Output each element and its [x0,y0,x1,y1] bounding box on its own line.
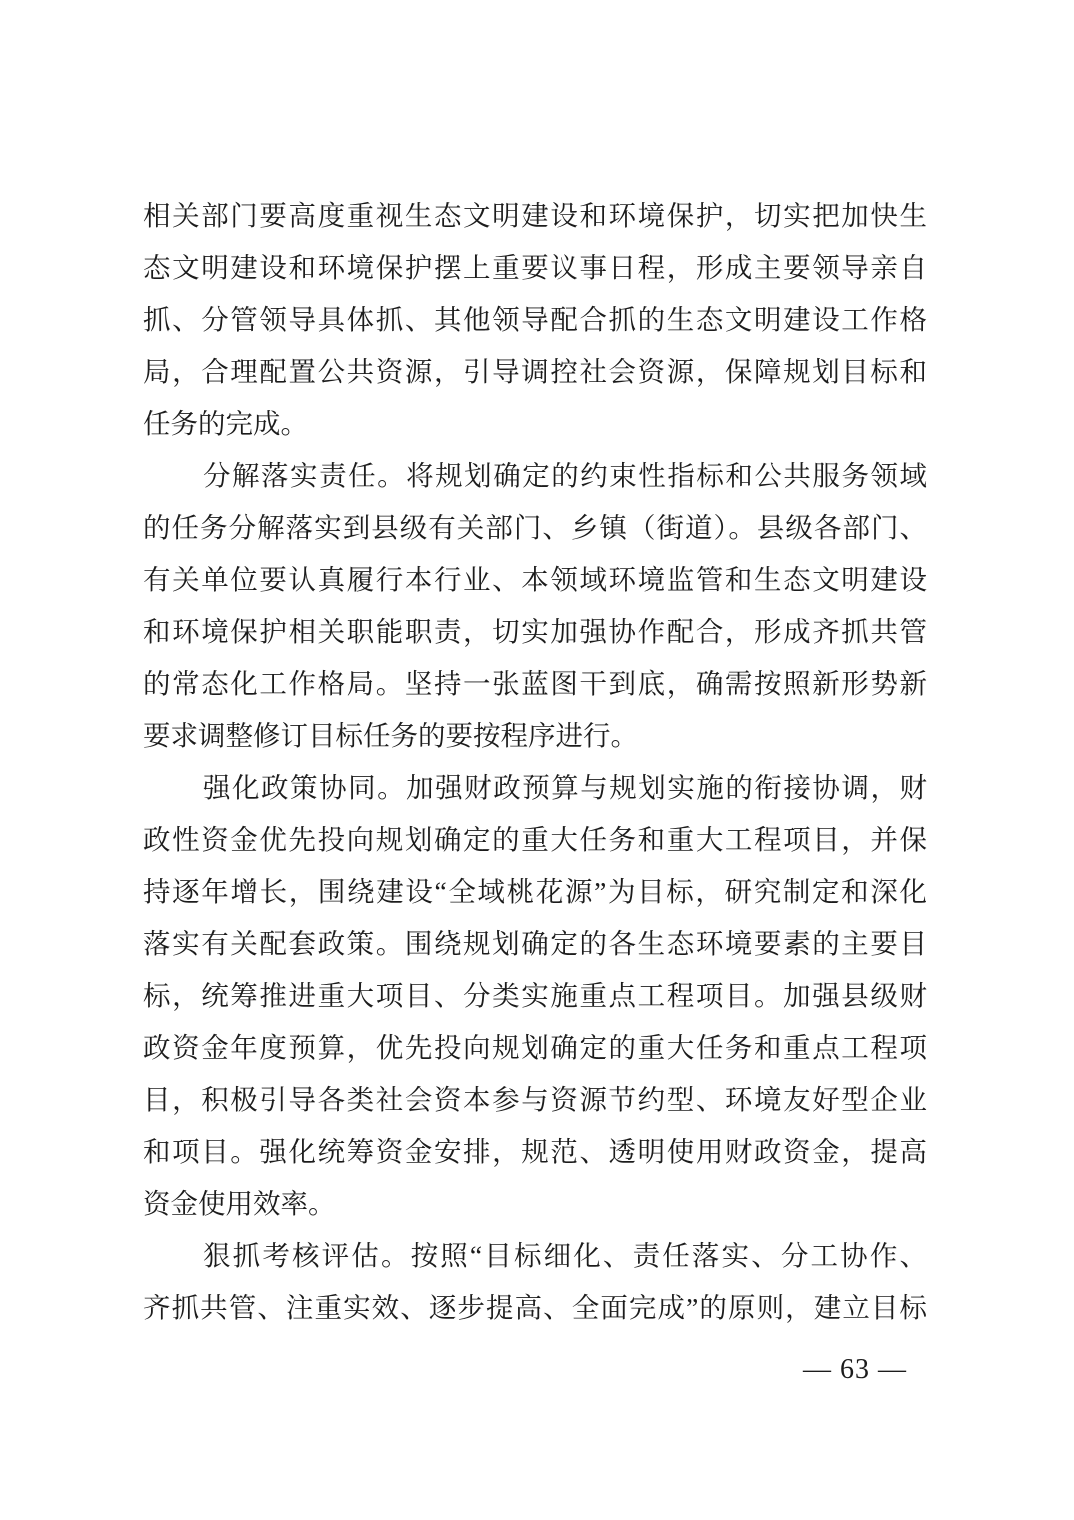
text-line: 的任务分解落实到县级有关部门、乡镇（街道）。县级各部门、 [143,502,927,554]
page-number: — 63 — [803,1354,907,1386]
text-line: 落实有关配套政策。围绕规划确定的各生态环境要素的主要目 [143,918,927,970]
text-line: 狠抓考核评估。按照“目标细化、责任落实、分工协作、 [143,1230,927,1282]
text-line: 局，合理配置公共资源，引导调控社会资源，保障规划目标和 [143,346,927,398]
text-line: 和环境保护相关职能职责，切实加强协作配合，形成齐抓共管 [143,606,927,658]
text-line: 的常态化工作格局。坚持一张蓝图干到底，确需按照新形势新 [143,658,927,710]
text-line: 抓、分管领导具体抓、其他领导配合抓的生态文明建设工作格 [143,294,927,346]
text-line: 标，统筹推进重大项目、分类实施重点工程项目。加强县级财 [143,970,927,1022]
text-line: 齐抓共管、注重实效、逐步提高、全面完成”的原则，建立目标 [143,1282,927,1334]
text-line: 态文明建设和环境保护摆上重要议事日程，形成主要领导亲自 [143,242,927,294]
text-line: 相关部门要高度重视生态文明建设和环境保护，切实把加快生 [143,190,927,242]
text-line: 任务的完成。 [143,398,927,450]
text-line: 要求调整修订目标任务的要按程序进行。 [143,710,927,762]
document-page: 相关部门要高度重视生态文明建设和环境保护，切实把加快生态文明建设和环境保护摆上重… [0,0,1074,1520]
text-line: 分解落实责任。将规划确定的约束性指标和公共服务领域 [143,450,927,502]
text-line: 政性资金优先投向规划确定的重大任务和重大工程项目，并保 [143,814,927,866]
text-line: 有关单位要认真履行本行业、本领域环境监管和生态文明建设 [143,554,927,606]
text-line: 和项目。强化统筹资金安排，规范、透明使用财政资金，提高 [143,1126,927,1178]
document-body: 相关部门要高度重视生态文明建设和环境保护，切实把加快生态文明建设和环境保护摆上重… [143,190,927,1334]
text-line: 强化政策协同。加强财政预算与规划实施的衔接协调，财 [143,762,927,814]
text-line: 持逐年增长，围绕建设“全域桃花源”为目标，研究制定和深化 [143,866,927,918]
text-line: 资金使用效率。 [143,1178,927,1230]
text-line: 目，积极引导各类社会资本参与资源节约型、环境友好型企业 [143,1074,927,1126]
text-line: 政资金年度预算，优先投向规划确定的重大任务和重点工程项 [143,1022,927,1074]
